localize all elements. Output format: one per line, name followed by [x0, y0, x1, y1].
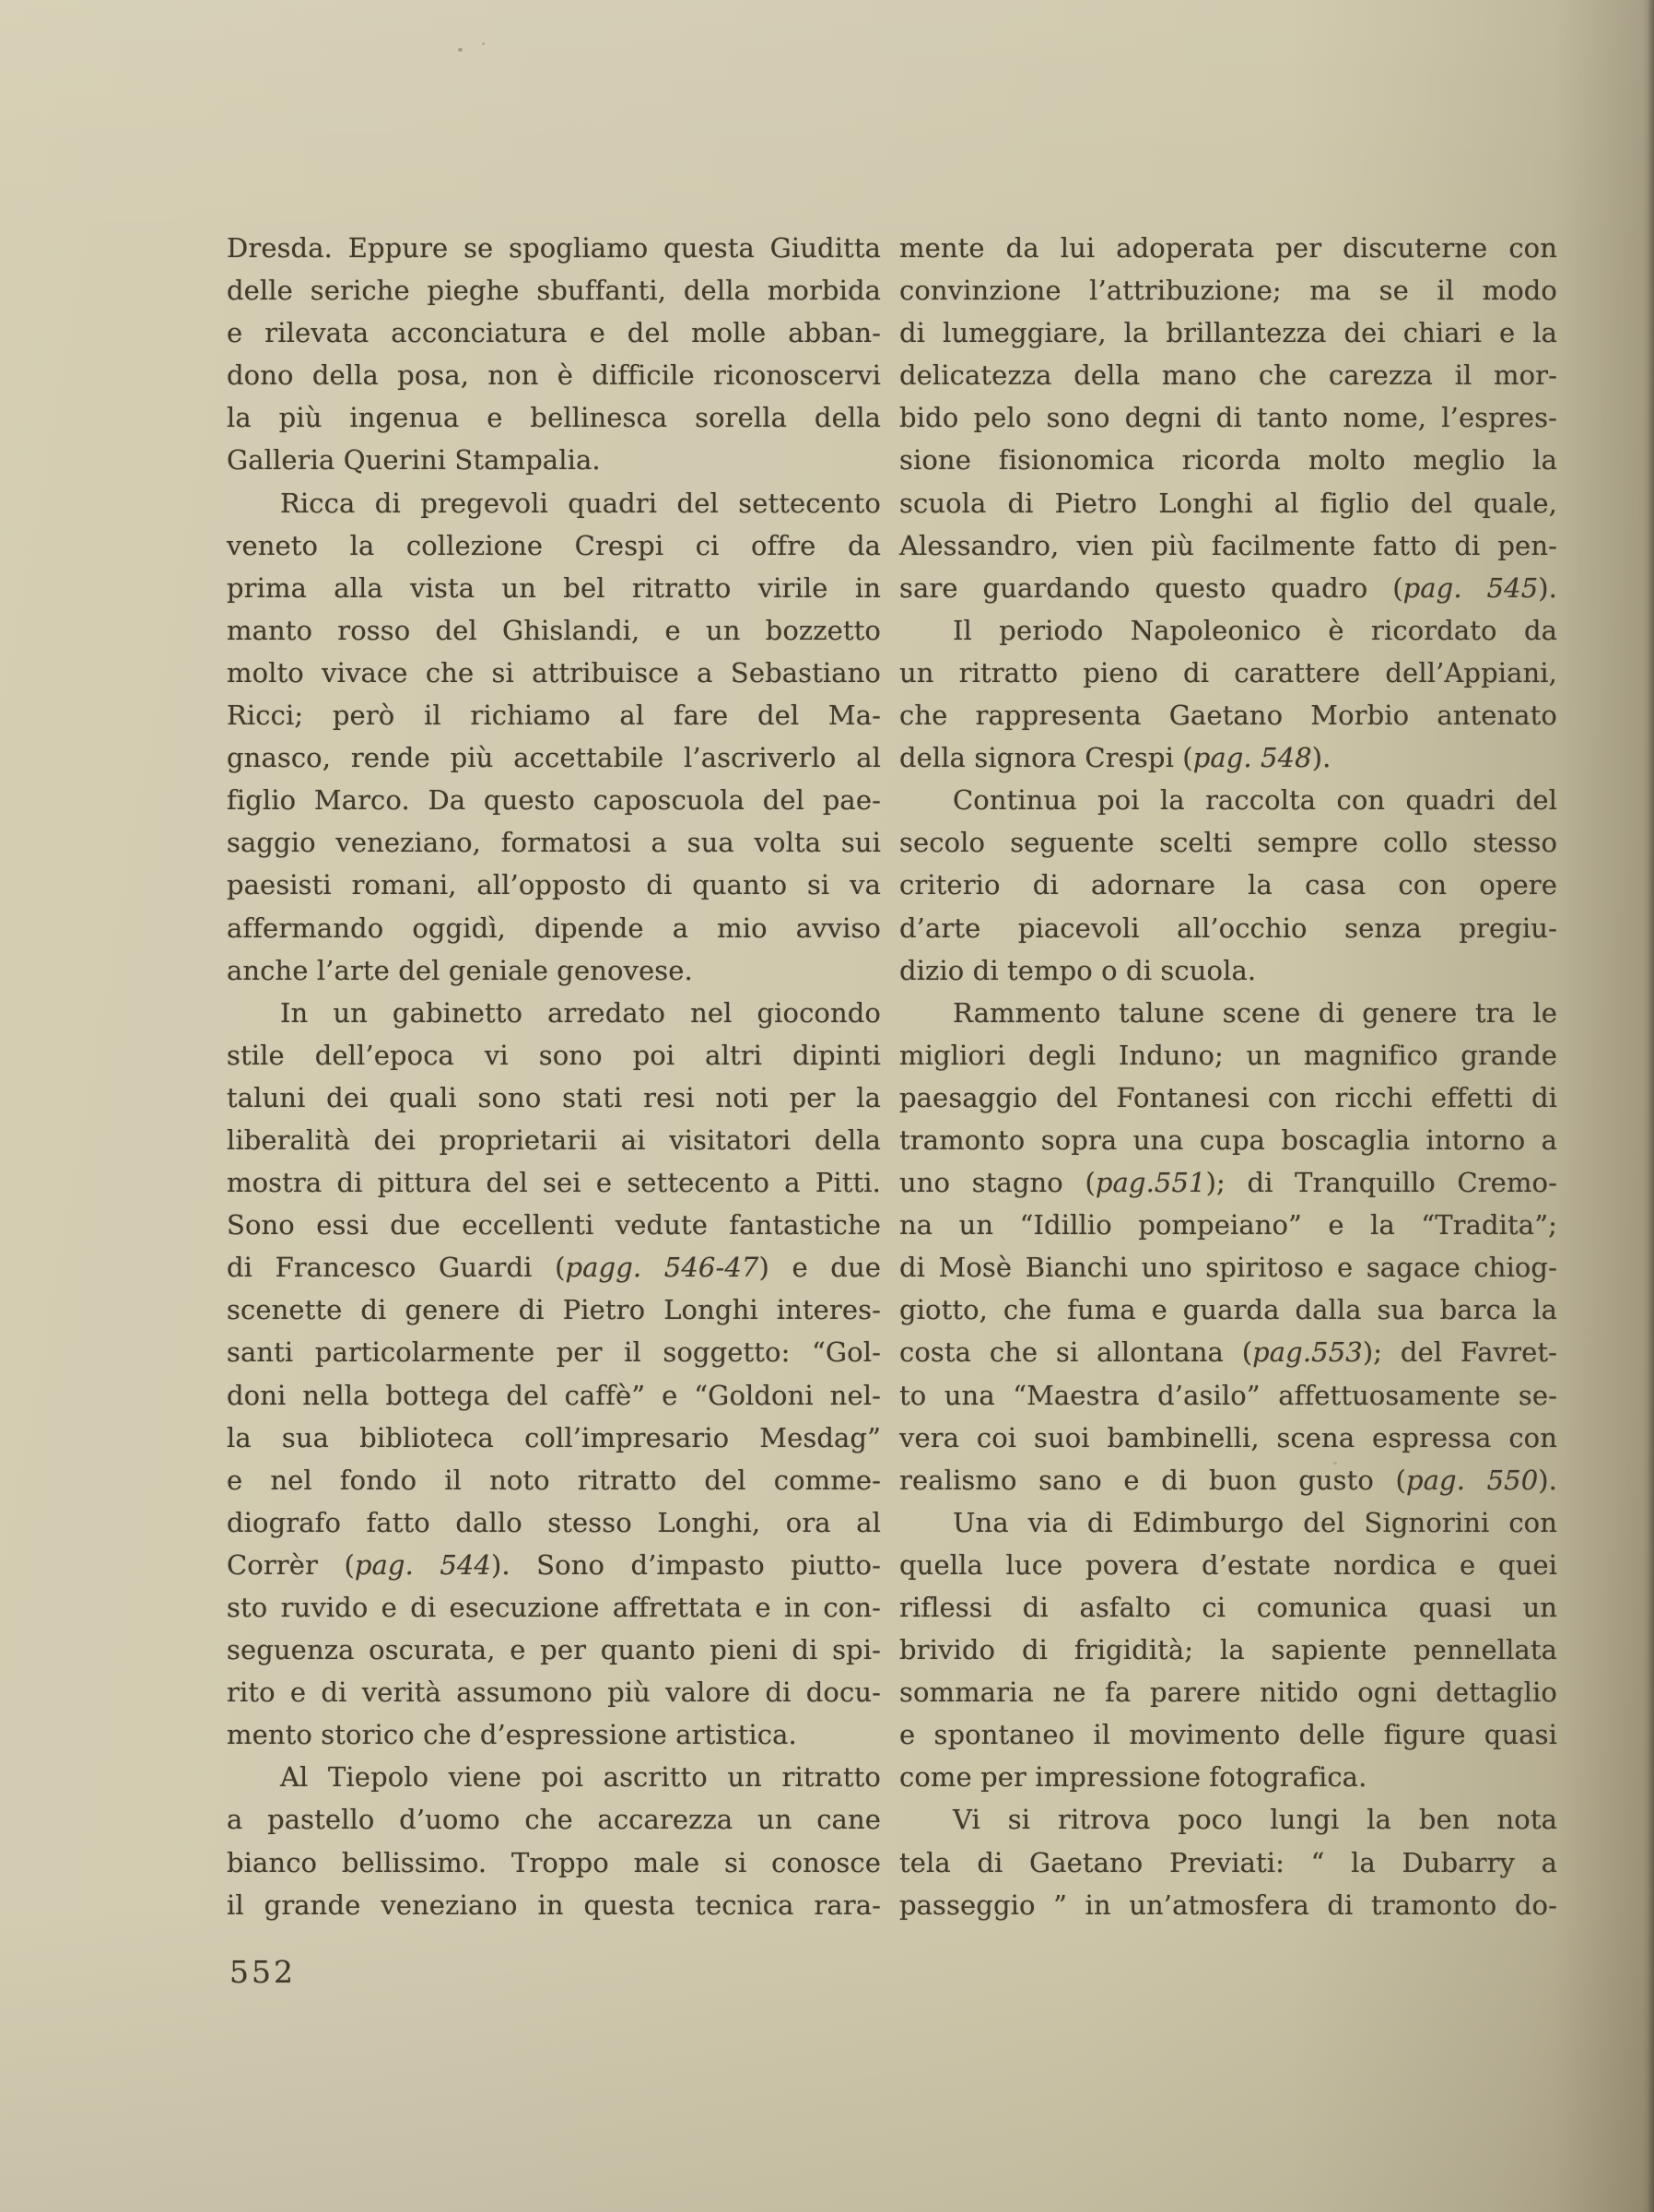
- text-line: Galleria Querini Stampalia.: [227, 439, 881, 481]
- text-line: sto ruvido e di esecuzione affrettata e …: [227, 1586, 881, 1629]
- text-line: mento storico che d’espressione artistic…: [227, 1713, 881, 1756]
- text-line: come per impressione fotografica.: [899, 1756, 1557, 1798]
- text-line: riflessi di asfalto ci comunica quasi un: [899, 1586, 1557, 1629]
- page-number: 552: [229, 1954, 296, 1990]
- text-line: realismo sano e di buon gusto (pag. 550)…: [899, 1459, 1557, 1501]
- text-line: delle seriche pieghe sbuffanti, della mo…: [227, 269, 881, 312]
- text-line: di Mosè Bianchi uno spiritoso e sagace c…: [899, 1246, 1557, 1288]
- text-line: anche l’arte del geniale genovese.: [227, 949, 881, 992]
- text-line: Dresda. Eppure se spogliamo questa Giudi…: [227, 227, 881, 269]
- text-line: affermando oggidì, dipende a mio avviso: [227, 907, 881, 949]
- page-reference: pag. 550: [1406, 1465, 1538, 1496]
- text-line: che rappresenta Gaetano Morbio antenato: [899, 694, 1557, 736]
- text-line: criterio di adornare la casa con opere: [899, 864, 1557, 906]
- text-line: saggio veneziano, formatosi a sua volta …: [227, 821, 881, 864]
- text-line: In un gabinetto arredato nel giocondo: [227, 992, 881, 1034]
- text-line: doni nella bottega del caffè” e “Goldoni…: [227, 1374, 881, 1417]
- text-line: Ricca di pregevoli quadri del settecento: [227, 482, 881, 524]
- text-line: Continua poi la raccolta con quadri del: [899, 779, 1557, 821]
- page-reference: pag. 545: [1403, 572, 1539, 604]
- text-line: la sua biblioteca coll’impresario Mesdag…: [227, 1417, 881, 1459]
- text-line: dizio di tempo o di scuola.: [899, 949, 1557, 992]
- text-column-left: Dresda. Eppure se spogliamo questa Giudi…: [227, 227, 881, 1926]
- page-edge-shadow: [1648, 0, 1654, 2212]
- page-reference: pag.553: [1252, 1336, 1363, 1368]
- text-line: prima alla vista un bel ritratto virile …: [227, 567, 881, 609]
- text-line: paesisti romani, all’opposto di quanto s…: [227, 864, 881, 906]
- text-line: Rammento talune scene di genere tra le: [899, 992, 1557, 1034]
- text-line: di lumeggiare, la brillantezza dei chiar…: [899, 312, 1557, 354]
- text-line: taluni dei quali sono stati resi noti pe…: [227, 1077, 881, 1119]
- text-line: Al Tiepolo viene poi ascritto un ritratt…: [227, 1756, 881, 1798]
- text-line: figlio Marco. Da questo caposcuola del p…: [227, 779, 881, 821]
- text-line: diografo fatto dallo stesso Longhi, ora …: [227, 1501, 881, 1544]
- book-page: Dresda. Eppure se spogliamo questa Giudi…: [0, 0, 1654, 2212]
- text-line: mostra di pittura del sei e settecento a…: [227, 1161, 881, 1204]
- text-column-right: mente da lui adoperata per discuterne co…: [899, 227, 1557, 1926]
- text-line: costa che si allontana (pag.553); del Fa…: [899, 1331, 1557, 1373]
- text-line: Sono essi due eccellenti vedute fantasti…: [227, 1204, 881, 1246]
- text-line: Corrèr (pag. 544). Sono d’impasto piutto…: [227, 1544, 881, 1586]
- text-line: dono della posa, non è difficile riconos…: [227, 354, 881, 396]
- text-line: della signora Crespi (pag. 548).: [899, 736, 1557, 779]
- text-line: vera coi suoi bambinelli, scena espressa…: [899, 1417, 1557, 1459]
- text-line: liberalità dei proprietarii ai visitator…: [227, 1119, 881, 1161]
- text-line: migliori degli Induno; un magnifico gran…: [899, 1034, 1557, 1077]
- text-line: molto vivace che si attribuisce a Sebast…: [227, 652, 881, 694]
- text-line: e rilevata acconciatura e del molle abba…: [227, 312, 881, 354]
- text-line: secolo seguente scelti sempre collo stes…: [899, 821, 1557, 864]
- page-reference: pag. 544: [355, 1549, 491, 1581]
- page-reference: pag.551: [1096, 1167, 1206, 1198]
- text-line: delicatezza della mano che carezza il mo…: [899, 354, 1557, 396]
- text-line: tramonto sopra una cupa boscaglia intorn…: [899, 1119, 1557, 1161]
- text-line: quella luce povera d’estate nordica e qu…: [899, 1544, 1557, 1586]
- text-line: gnasco, rende più accettabile l’ascriver…: [227, 736, 881, 779]
- text-line: to una “Maestra d’asilo” affettuosamente…: [899, 1374, 1557, 1417]
- text-line: e spontaneo il movimento delle figure qu…: [899, 1713, 1557, 1756]
- text-line: scenette di genere di Pietro Longhi inte…: [227, 1288, 881, 1331]
- text-line: Il periodo Napoleonico è ricordato da: [899, 609, 1557, 652]
- text-line: sommaria ne fa parere nitido ogni dettag…: [899, 1671, 1557, 1713]
- text-line: bido pelo sono degni di tanto nome, l’es…: [899, 396, 1557, 439]
- text-line: sione fisionomica ricorda molto meglio l…: [899, 439, 1557, 481]
- text-line: convinzione l’attribuzione; ma se il mod…: [899, 269, 1557, 312]
- text-line: un ritratto pieno di carattere dell’Appi…: [899, 652, 1557, 694]
- text-line: scuola di Pietro Longhi al figlio del qu…: [899, 482, 1557, 524]
- text-line: mente da lui adoperata per discuterne co…: [899, 227, 1557, 269]
- text-line: paesaggio del Fontanesi con ricchi effet…: [899, 1077, 1557, 1119]
- text-line: manto rosso del Ghislandi, e un bozzetto: [227, 609, 881, 652]
- text-line: il grande veneziano in questa tecnica ra…: [227, 1884, 881, 1926]
- text-line: rito e di verità assumono più valore di …: [227, 1671, 881, 1713]
- text-line: Alessandro, vien più facilmente fatto di…: [899, 524, 1557, 567]
- paper-speck: [458, 48, 463, 52]
- text-line: veneto la collezione Crespi ci offre da: [227, 524, 881, 567]
- text-line: e nel fondo il noto ritratto del comme-: [227, 1459, 881, 1501]
- text-line: brivido di frigidità; la sapiente pennel…: [899, 1629, 1557, 1671]
- text-line: Ricci; però il richiamo al fare del Ma-: [227, 694, 881, 736]
- text-line: seguenza oscurata, e per quanto pieni di…: [227, 1629, 881, 1671]
- text-line: bianco bellissimo. Troppo male si conosc…: [227, 1841, 881, 1884]
- text-line: passeggio ” in un’atmosfera di tramonto …: [899, 1884, 1557, 1926]
- paper-speck: [482, 42, 485, 45]
- page-reference: pagg. 546-47: [566, 1252, 759, 1283]
- page-reference: pag. 548: [1193, 742, 1312, 773]
- text-line: santi particolarmente per il soggetto: “…: [227, 1331, 881, 1373]
- text-line: uno stagno (pag.551); di Tranquillo Crem…: [899, 1161, 1557, 1204]
- text-line: giotto, che fuma e guarda dalla sua barc…: [899, 1288, 1557, 1331]
- text-line: tela di Gaetano Previati: “ la Dubarry a: [899, 1841, 1557, 1884]
- text-line: a pastello d’uomo che accarezza un cane: [227, 1798, 881, 1841]
- text-line: stile dell’epoca vi sono poi altri dipin…: [227, 1034, 881, 1077]
- text-line: Una via di Edimburgo del Signorini con: [899, 1501, 1557, 1544]
- text-line: d’arte piacevoli all’occhio senza pregiu…: [899, 907, 1557, 949]
- text-line: sare guardando questo quadro (pag. 545).: [899, 567, 1557, 609]
- text-line: la più ingenua e bellinesca sorella dell…: [227, 396, 881, 439]
- text-line: di Francesco Guardi (pagg. 546-47) e due: [227, 1246, 881, 1288]
- text-line: na un “Idillio pompeiano” e la “Tradita”…: [899, 1204, 1557, 1246]
- text-line: Vi si ritrova poco lungi la ben nota: [899, 1798, 1557, 1841]
